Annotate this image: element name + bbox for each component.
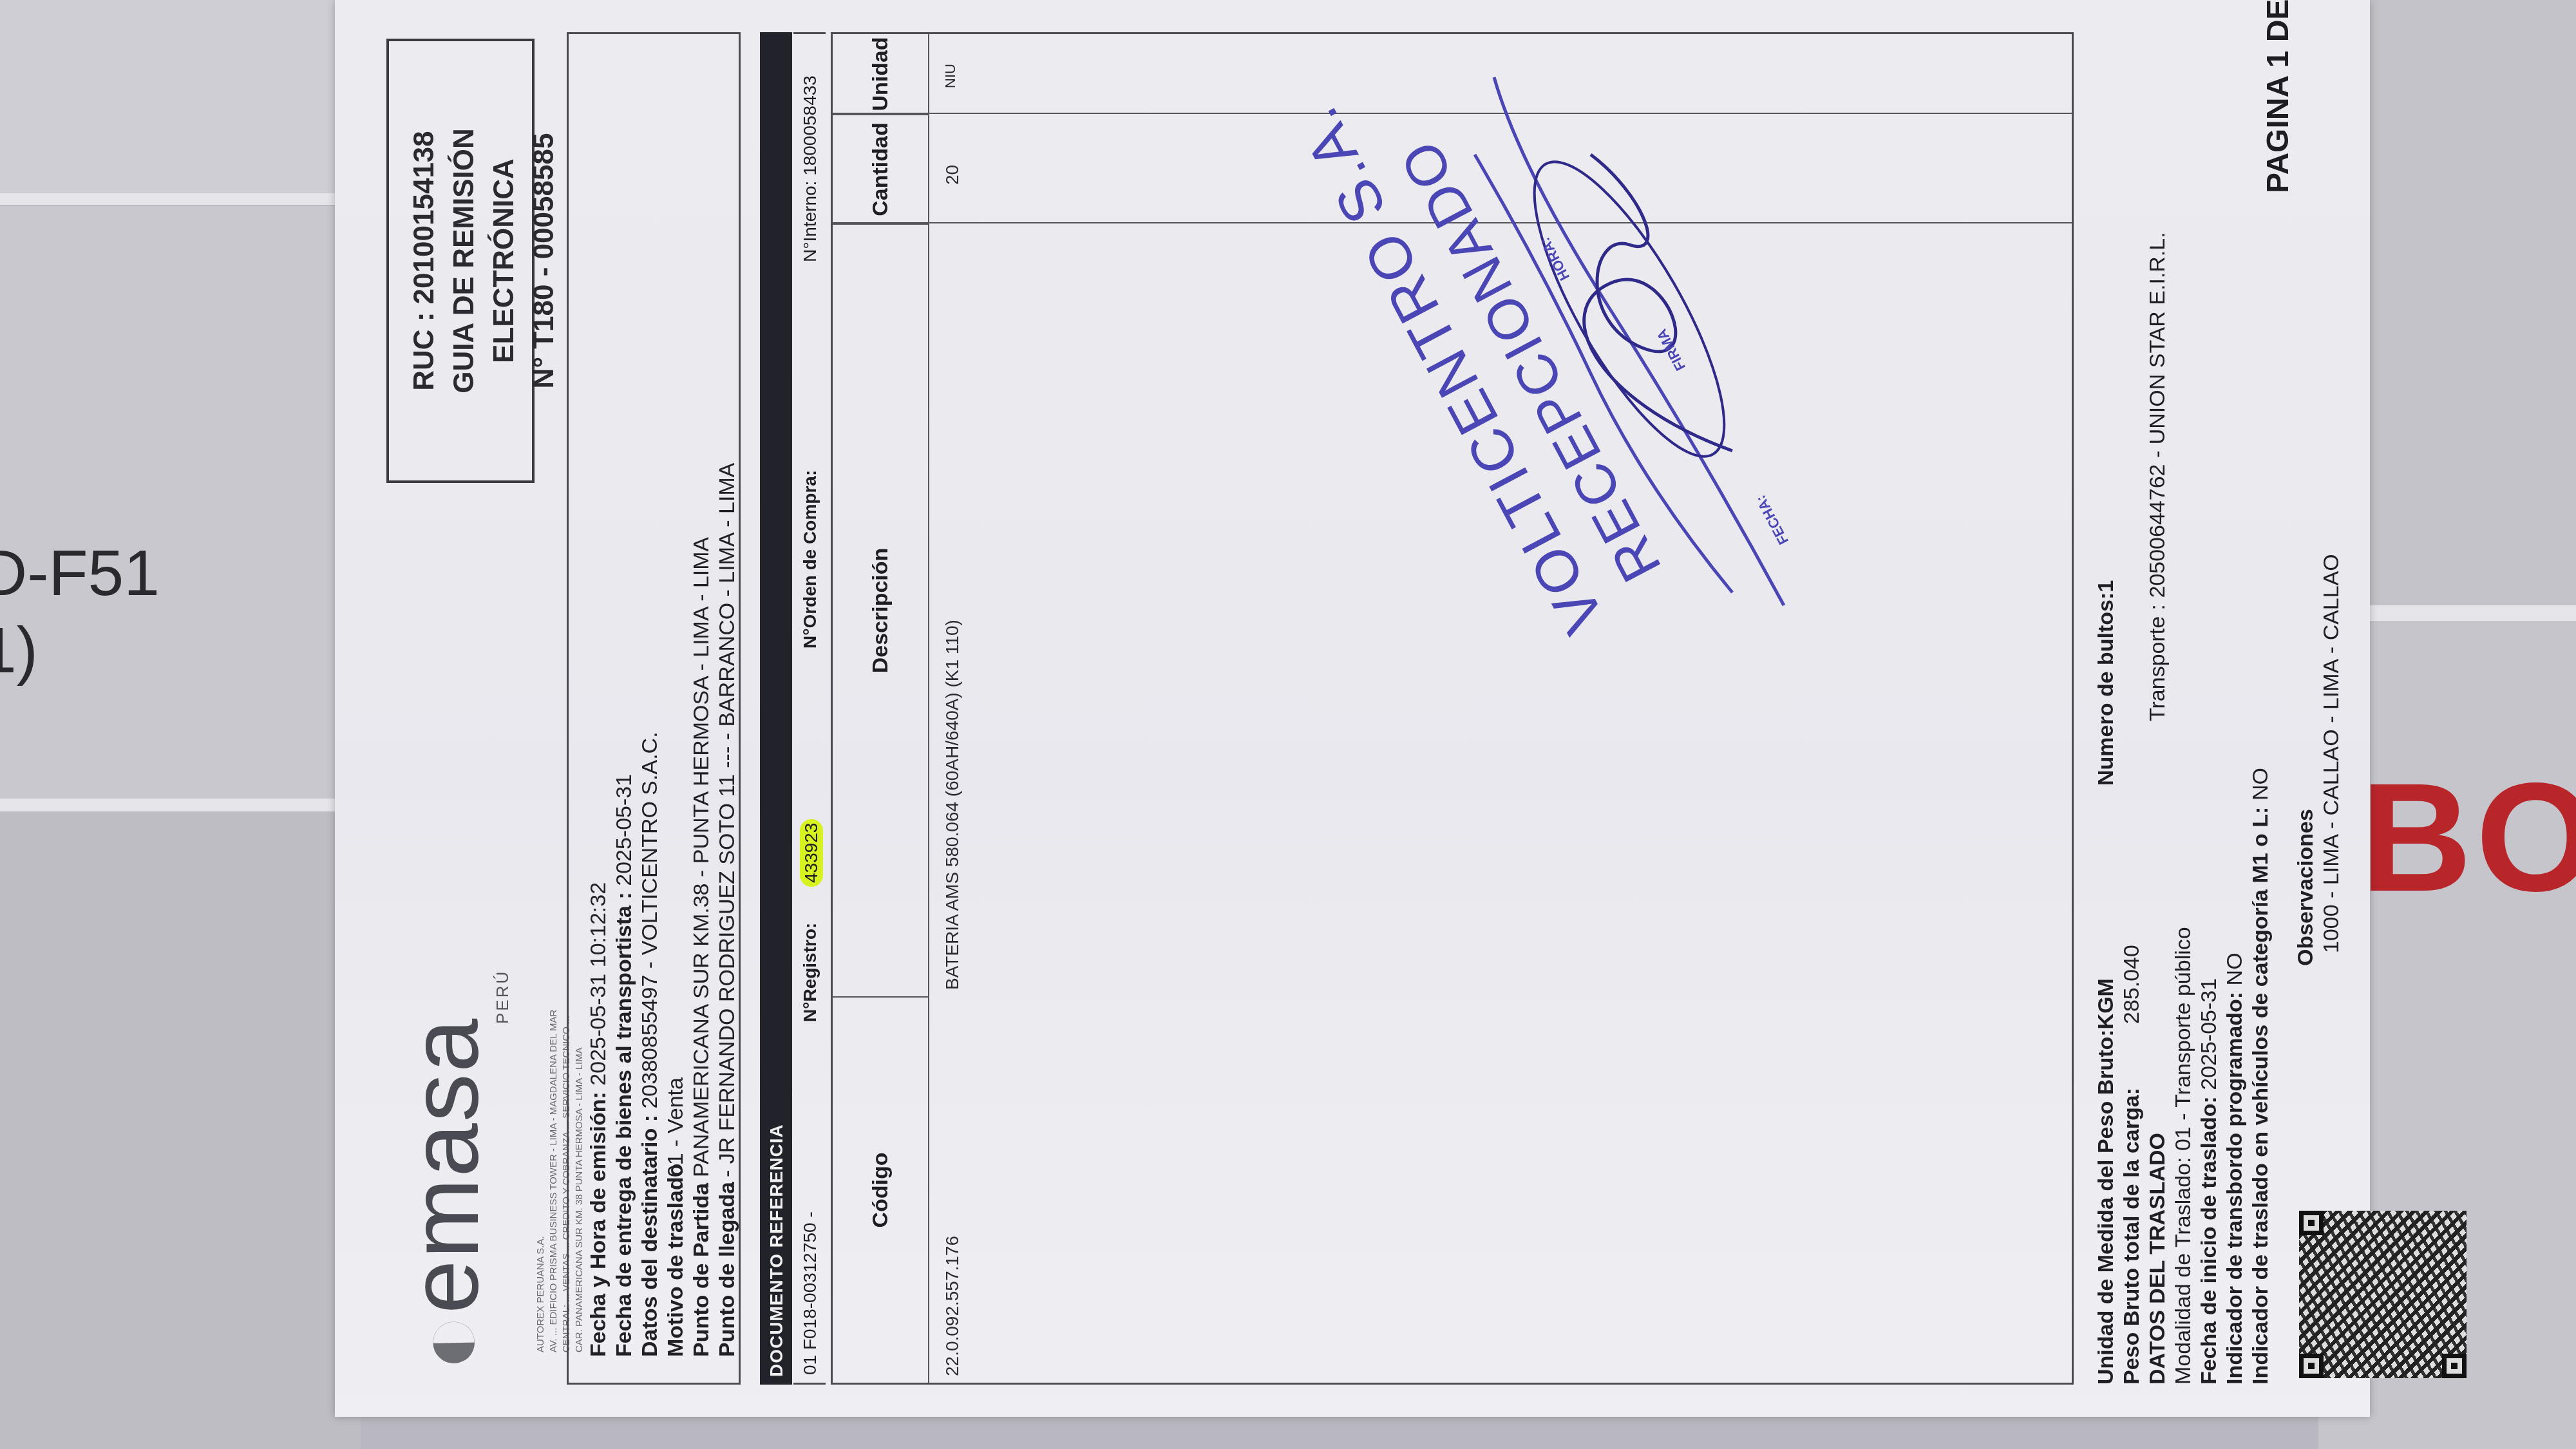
datos-traslado-heading: DATOS DEL TRASLADO [2145,1133,2170,1385]
background-box-bottom-left [0,811,361,1449]
box-label-model: D-F51 [0,541,160,605]
reference-row: 01 F018-00312750 - N°Registro: 433923 N°… [793,32,826,1385]
indicador-transbordo: Indicador de transbordo programado: NO [2222,952,2248,1385]
box-edge [0,799,374,811]
cell-cantidad: 20 [942,165,963,185]
info-reason: Motivo de traslado: 01 - Venta [663,60,688,1357]
document-number: N° T180 - 00058585 [524,41,564,480]
guia-remision-document: ◐ emasa PERÚ AUTOREX PERUANA S.A. AV. ..… [335,0,2370,1417]
info-destination: Punto de llegada: - JR FERNANDO RODRIGUE… [714,60,740,1357]
company-line: AV. ... EDIFICIO PRISMA BUSINESS TOWER -… [547,850,560,1352]
logo-name: emasa [396,1018,493,1314]
col-header-cantidad: Cantidad [833,114,929,223]
reception-stamp: VOLTICENTRO S.A. RECEPCIONADO FECHA: FIR… [1397,64,1848,644]
logo-country: PERÚ [493,970,513,1024]
interno-number: N°Interno: 1800058433 [800,75,820,262]
transporte: Transporte : 20500644762 - UNION STAR E.… [2145,232,2170,721]
emasa-logo-icon: ◐ [399,1313,496,1372]
peso-bruto-value: 285.040 [2119,945,2145,1024]
document-type: GUIA DE REMISIÓN ELECTRÓNICA [444,41,524,480]
observaciones-label: Observaciones [2293,809,2318,966]
reference-header: DOCUMENTO REFERENCIA [760,32,792,1385]
orden-compra-label: N°Orden de Compra: [800,470,820,649]
col-header-unidad: Unidad [833,34,929,114]
info-recipient: Datos del destinatario : 20380855497 - V… [637,60,663,1357]
observaciones-value: 1000 - LIMA - CALLAO - LIMA - CALLAO [2318,554,2344,953]
box-edge [0,193,361,205]
numero-bultos: Numero de bultos:1 [2093,580,2119,786]
reference-doc: 01 F018-00312750 - [800,1211,820,1375]
qr-finder [2299,1211,2324,1235]
document-title-box: RUC : 20100154138 GUIA DE REMISIÓN ELECT… [386,39,535,483]
cell-codigo: 22.0.092.557.176 [942,1236,963,1376]
qr-finder [2299,1354,2324,1378]
qr-finder [2442,1354,2467,1378]
unidad-medida: Unidad de Medida del Peso Bruto:KGM [2093,978,2119,1385]
modalidad-traslado: Modalidad de Traslado: 01 - Transporte p… [2170,927,2196,1385]
shipment-info: Fecha y Hora de emisión: 2025-05-31 10:1… [567,32,741,1385]
ruc: RUC : 20100154138 [404,41,444,480]
cell-descripcion: BATERIA AMS 580.064 (60AH/640A) (K1 110) [942,620,963,990]
indicador-m1: Indicador de traslado en vehículos de ca… [2248,768,2273,1385]
info-origin: Punto de Partida: PANAMERICANA SUR KM.38… [688,60,714,1357]
qr-code [2299,1211,2467,1378]
box-label-sub: 1) [0,618,38,683]
col-header-codigo: Código [833,996,929,1383]
registro-label: N°Registro: [800,923,820,1022]
fecha-inicio-traslado: Fecha de inicio de traslado: 2025-05-31 [2196,978,2222,1385]
box-brand-logo: BO [2360,760,2576,914]
registro-value-highlighted: 433923 [800,819,823,887]
page-indicator: PAGINA 1 DE [2260,0,2296,193]
background-box-mid-left [0,206,374,799]
company-line: AUTOREX PERUANA S.A. [535,850,547,1352]
cell-unidad: NIU [942,64,959,88]
col-header-descripcion: Descripción [833,223,929,996]
info-delivery-date: Fecha de entrega de bienes al transporti… [611,60,637,1357]
background-box-top-left [0,0,361,193]
info-emission-date: Fecha y Hora de emisión: 2025-05-31 10:1… [585,60,611,1357]
peso-bruto-label: Peso Bruto total de la carga: [2119,1088,2145,1385]
